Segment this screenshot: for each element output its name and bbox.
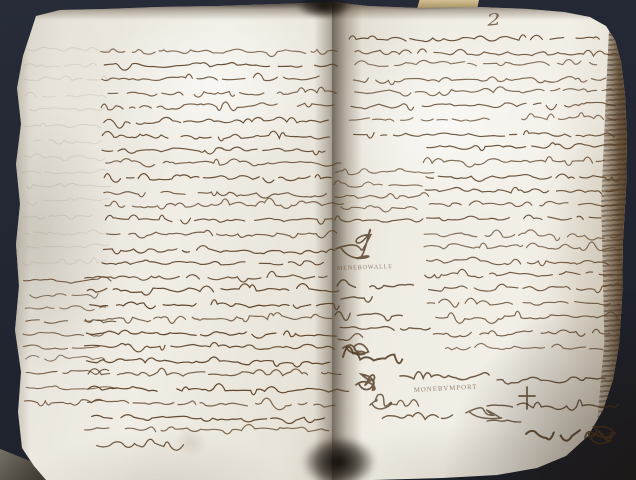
- handwriting-stroke: [85, 312, 331, 324]
- handwriting-stroke: [424, 241, 616, 250]
- handwriting-stroke: [426, 174, 621, 182]
- handwriting-stroke: [30, 293, 99, 298]
- handwriting-stroke: [24, 154, 105, 161]
- handwriting-stroke: [87, 283, 339, 295]
- handwriting-stroke: [390, 400, 419, 406]
- handwriting-stroke: [336, 168, 434, 175]
- handwriting-stroke: [427, 297, 610, 307]
- signature-sig-small-paraph-a: [390, 400, 419, 406]
- handwriting-stroke: [103, 245, 334, 256]
- handwriting-stroke: [102, 129, 329, 142]
- handwriting-stroke: [343, 347, 402, 363]
- handwriting-stroke: [351, 102, 616, 111]
- handwriting-stroke: [433, 329, 609, 338]
- signature-sig-samfillae: [400, 372, 489, 380]
- handwriting-stroke: [26, 355, 105, 362]
- signature-sig-jelice: [338, 334, 363, 341]
- handwriting-stroke: [34, 140, 102, 145]
- handwriting-stroke: [426, 257, 608, 267]
- handwriting-block-left-final-line: [97, 439, 184, 450]
- handwriting-stroke: [355, 59, 608, 67]
- handwriting-stroke: [370, 394, 391, 409]
- handwriting-stroke: [106, 159, 341, 168]
- handwriting-stroke: [24, 123, 101, 128]
- handwriting-stroke: [382, 413, 452, 420]
- handwriting-stroke: [105, 215, 332, 224]
- handwriting-stroke: [27, 183, 111, 188]
- handwriting-stroke: [487, 400, 619, 410]
- handwriting-stroke: [349, 112, 618, 122]
- handwriting-stroke: [338, 334, 363, 341]
- handwriting-stroke: [487, 420, 521, 422]
- handwriting-stroke: [353, 77, 609, 85]
- handwriting-stroke: [445, 343, 602, 350]
- signature-sig-ffans: [341, 297, 372, 302]
- handwriting-stroke: [101, 49, 337, 57]
- handwriting-block-left-bleedthrough: [22, 47, 119, 266]
- handwriting-stroke: [27, 47, 119, 52]
- handwriting-stroke: [97, 439, 184, 450]
- handwriting-stroke: [104, 174, 338, 183]
- handwriting-stroke: [86, 330, 336, 338]
- handwriting-stroke: [87, 356, 330, 368]
- handwriting-stroke: [107, 230, 337, 239]
- handwriting-stroke: [102, 147, 325, 155]
- handwriting-stroke: [349, 35, 613, 42]
- handwriting-stroke: [341, 297, 372, 302]
- handwriting-block-left-main-upper: [101, 49, 344, 266]
- flourish-big-c-paraph: [356, 374, 375, 390]
- handwriting-stroke: [425, 186, 618, 194]
- flourish-mid-loop-paraph: [370, 394, 391, 409]
- flourish-paraph-under-margin-names: [336, 230, 371, 259]
- handwriting-stroke: [334, 181, 422, 188]
- handwriting-stroke: [355, 48, 617, 57]
- handwriting-stroke: [436, 310, 618, 324]
- handwriting-stroke: [25, 76, 108, 81]
- handwriting-stroke: [85, 424, 329, 434]
- signature-sig-marguerite-selaz: [335, 312, 402, 321]
- handwriting-stroke: [23, 258, 106, 266]
- handwriting-stroke: [429, 201, 617, 207]
- handwriting-stroke: [101, 101, 334, 113]
- handwriting-stroke: [356, 374, 375, 390]
- handwriting-block-left-main-lower: [85, 271, 349, 434]
- handwriting-stroke: [25, 306, 105, 311]
- handwriting-stroke: [337, 280, 413, 289]
- signature-sig-dames-large: [343, 347, 402, 363]
- handwriting-stroke: [497, 377, 605, 384]
- handwriting-stroke: [426, 215, 608, 221]
- cross-signature-cross: [519, 387, 535, 409]
- handwriting-stroke: [400, 372, 489, 380]
- handwriting-stroke: [102, 260, 324, 265]
- handwriting-stroke: [341, 205, 425, 212]
- handwriting-stroke: [30, 107, 105, 111]
- handwriting-stroke: [423, 156, 610, 168]
- signature-sig-bondogum: [382, 413, 452, 420]
- handwriting-stroke: [88, 368, 341, 376]
- handwriting-stroke: [104, 191, 327, 199]
- handwriting-block-right-main-upper: [349, 35, 618, 139]
- block-letter-name: MENEBOWALLE: [337, 263, 393, 272]
- handwriting-stroke: [585, 427, 615, 444]
- page-number: 2: [474, 8, 514, 34]
- handwriting-stroke: [429, 283, 623, 294]
- handwriting-stroke: [355, 86, 612, 97]
- handwriting-stroke: [92, 414, 325, 423]
- handwriting-stroke: [102, 73, 327, 82]
- handwriting-stroke: [85, 342, 335, 353]
- signature-sig-marguerite-delay: [487, 400, 619, 410]
- handwriting-block-right-main-right: [423, 142, 623, 324]
- handwriting-stroke: [87, 396, 334, 410]
- handwriting-stroke: [335, 312, 402, 321]
- handwriting-stroke: [23, 215, 99, 220]
- handwriting-stroke: [105, 198, 343, 210]
- handwriting-stroke: [427, 142, 624, 151]
- handwriting-stroke: [519, 387, 535, 409]
- handwriting-stroke: [24, 398, 102, 406]
- handwriting-stroke: [26, 244, 108, 248]
- signature-sig-hanrij-abbitson: [497, 377, 605, 384]
- handwriting-stroke: [424, 229, 620, 242]
- handwriting-stroke: [336, 230, 371, 259]
- handwriting-block-left-margin-note: [23, 277, 116, 407]
- handwriting-stroke: [25, 92, 106, 98]
- handwriting-stroke: [353, 130, 614, 138]
- handwriting-stroke: [340, 327, 430, 331]
- handwriting-stroke: [425, 268, 613, 279]
- flourish-santes-tail-loops: [585, 427, 615, 444]
- handwriting-stroke: [104, 116, 329, 128]
- handwriting-stroke: [26, 369, 108, 375]
- flourish-e-paraph-right: [466, 408, 501, 419]
- handwriting-stroke: [466, 408, 501, 419]
- handwriting-stroke: [108, 87, 336, 97]
- handwriting-stroke: [25, 230, 110, 235]
- handwriting-stroke: [335, 216, 423, 223]
- handwriting-block-right-lower-line-1: [433, 329, 609, 338]
- handwriting-stroke: [23, 63, 96, 67]
- handwriting-stroke: [23, 277, 111, 284]
- signature-sig-magdelaine: [340, 327, 430, 331]
- handwriting-stroke: [22, 169, 108, 174]
- handwriting-stroke: [85, 271, 327, 283]
- handwriting-block-right-lower-line-2: [445, 343, 602, 350]
- handwriting-stroke: [27, 198, 110, 205]
- signature-sig-bellis: [487, 420, 521, 422]
- handwriting-stroke: [104, 62, 337, 71]
- signature-sig-samroiz: [337, 280, 413, 289]
- handwriting-stroke: [335, 193, 429, 199]
- block-letter-name: MONEBVMPORT: [414, 384, 478, 394]
- manuscript-scan: MENEBOWALLEMONEBVMPORT 2: [0, 0, 636, 480]
- handwriting-layer: MENEBOWALLEMONEBVMPORT: [0, 0, 636, 480]
- handwriting-stroke: [88, 383, 349, 395]
- handwriting-stroke: [90, 299, 339, 309]
- handwriting-block-right-margin-names: [334, 168, 434, 222]
